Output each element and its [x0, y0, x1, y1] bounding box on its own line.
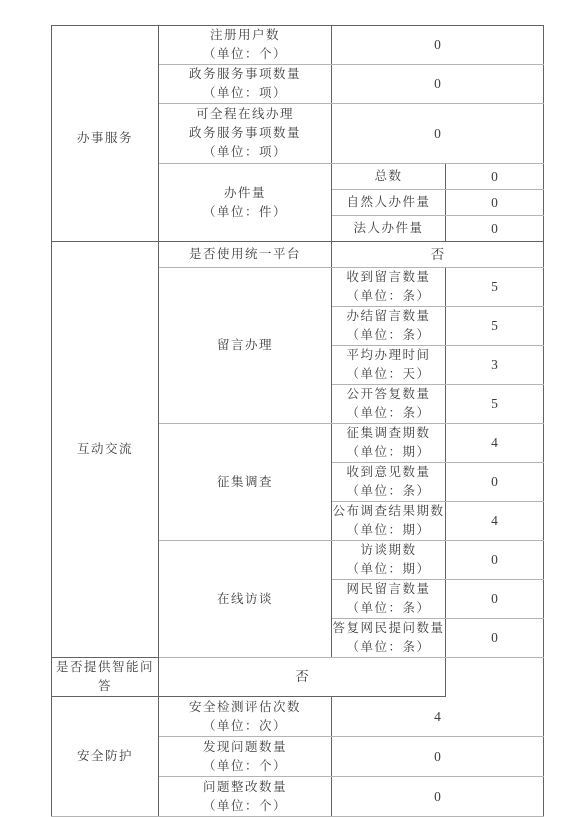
- submetric-value-cell: 0: [446, 216, 544, 242]
- submetric-value: 0: [446, 168, 543, 186]
- metric-value-cell: 否: [332, 242, 544, 268]
- submetric-label-line: 网民留言数量: [332, 580, 445, 599]
- submetric-label-cell: 总数: [332, 164, 446, 190]
- submetric-label-line: 访谈期数: [332, 541, 445, 560]
- category-cell-anquan-fanghu: 安全防护: [52, 697, 159, 813]
- metric-label-cell: 政务服务事项数量 （单位：项）: [159, 65, 332, 104]
- submetric-unit-line: （单位：天）: [332, 365, 445, 384]
- submetric-value-cell: 4: [446, 424, 544, 463]
- submetric-unit-line: （单位：条）: [332, 404, 445, 423]
- submetric-unit-line: （单位：期）: [332, 443, 445, 462]
- metric-group-label-cell: 留言办理: [159, 268, 332, 424]
- metric-label-line: 政务服务事项数量: [159, 65, 331, 84]
- metric-label-line: 是否使用统一平台: [159, 245, 331, 264]
- submetric-label-line: 收到留言数量: [332, 268, 445, 287]
- submetric-value: 5: [446, 395, 543, 413]
- submetric-unit-line: （单位：条）: [332, 326, 445, 345]
- submetric-label-line: 答复网民提问数量: [332, 619, 445, 638]
- submetric-label-cell: 收到留言数量 （单位：条）: [332, 268, 446, 307]
- submetric-label-cell: 自然人办件量: [332, 190, 446, 216]
- metric-value-cell: 0: [332, 737, 544, 777]
- metric-value-cell: 0: [332, 26, 544, 65]
- metric-label-cell: 发现问题数量 （单位：个）: [159, 737, 332, 777]
- submetric-value: 0: [446, 629, 543, 647]
- category-cell-banshi-fuwu: 办事服务: [52, 26, 159, 242]
- submetric-value: 3: [446, 356, 543, 374]
- metric-unit-line: （单位：项）: [159, 84, 331, 103]
- submetric-label-line: 法人办件量: [332, 219, 445, 238]
- submetric-label-cell: 平均办理时间 （单位：天）: [332, 346, 446, 385]
- category-label: 安全防护: [52, 747, 158, 766]
- metric-label-line: 是否提供智能问答: [52, 658, 158, 696]
- report-table: 办事服务 注册用户数 （单位：个） 0 政务服务事项数量 （单位：项） 0: [51, 25, 544, 812]
- table-row: 办事服务 注册用户数 （单位：个） 0: [52, 26, 544, 65]
- metric-value-cell: 4: [332, 697, 544, 737]
- metric-value: 0: [332, 125, 543, 143]
- submetric-value: 0: [446, 220, 543, 238]
- metric-unit-line: （单位：个）: [159, 45, 331, 64]
- metric-label-line: 办件量: [159, 184, 331, 203]
- metric-label-line: 在线访谈: [159, 590, 331, 609]
- submetric-label-cell: 公开答复数量 （单位：条）: [332, 385, 446, 424]
- submetric-value: 5: [446, 278, 543, 296]
- submetric-unit-line: （单位：期）: [332, 560, 445, 579]
- metric-value: 0: [332, 788, 543, 806]
- table-row: 安全防护 安全检测评估次数 （单位：次） 4: [52, 697, 544, 737]
- metric-value: 否: [159, 668, 445, 686]
- metric-label-line: 注册用户数: [159, 26, 331, 45]
- submetric-value: 0: [446, 551, 543, 569]
- metric-group-label-cell: 在线访谈: [159, 541, 332, 658]
- submetric-value-cell: 0: [446, 541, 544, 580]
- submetric-value: 0: [446, 194, 543, 212]
- submetric-unit-line: （单位：条）: [332, 482, 445, 501]
- submetric-label-line: 公开答复数量: [332, 385, 445, 404]
- submetric-label-cell: 答复网民提问数量 （单位：条）: [332, 619, 446, 658]
- metric-label-line: 征集调查: [159, 473, 331, 492]
- submetric-value-cell: 5: [446, 307, 544, 346]
- metric-unit-line: （单位：次）: [159, 717, 331, 736]
- metric-value-cell: 0: [332, 777, 544, 813]
- submetric-unit-line: （单位：条）: [332, 287, 445, 306]
- submetric-unit-line: （单位：期）: [332, 521, 445, 540]
- submetric-label-line: 办结留言数量: [332, 307, 445, 326]
- submetric-value-cell: 0: [446, 164, 544, 190]
- submetric-value-cell: 5: [446, 268, 544, 307]
- table-row: 是否提供智能问答 否: [52, 658, 544, 697]
- submetric-value-cell: 0: [446, 580, 544, 619]
- category-cell-hudong-jiaoliu: 互动交流: [52, 242, 159, 658]
- metric-label-cell: 可全程在线办理 政务服务事项数量 （单位：项）: [159, 104, 332, 164]
- submetric-label-line: 公布调查结果期数: [332, 502, 445, 521]
- submetric-value: 4: [446, 512, 543, 530]
- metric-label-cell: 安全检测评估次数 （单位：次）: [159, 697, 332, 737]
- submetric-value: 0: [446, 473, 543, 491]
- metric-value-cell: 0: [332, 65, 544, 104]
- metric-label-cell: 是否提供智能问答: [52, 658, 159, 697]
- metric-value: 4: [332, 708, 543, 726]
- submetric-label-cell: 访谈期数 （单位：期）: [332, 541, 446, 580]
- submetric-label-cell: 征集调查期数 （单位：期）: [332, 424, 446, 463]
- submetric-label-line: 征集调查期数: [332, 424, 445, 443]
- metric-label-line: 安全检测评估次数: [159, 698, 331, 717]
- metric-group-label-cell: 征集调查: [159, 424, 332, 541]
- table-row: 互动交流 是否使用统一平台 否: [52, 242, 544, 268]
- metric-value-cell: 否: [159, 658, 446, 697]
- metric-label-cell: 是否使用统一平台: [159, 242, 332, 268]
- submetric-value-cell: 5: [446, 385, 544, 424]
- metric-value: 0: [332, 748, 543, 766]
- submetric-label-line: 收到意见数量: [332, 463, 445, 482]
- submetric-unit-line: （单位：条）: [332, 599, 445, 618]
- submetric-value: 5: [446, 317, 543, 335]
- submetric-label-cell: 公布调查结果期数 （单位：期）: [332, 502, 446, 541]
- report-table-container: 办事服务 注册用户数 （单位：个） 0 政务服务事项数量 （单位：项） 0: [51, 25, 544, 812]
- metric-value: 否: [332, 246, 543, 264]
- submetric-label-line: 自然人办件量: [332, 193, 445, 212]
- metric-group-label-cell: 办件量 （单位：件）: [159, 164, 332, 242]
- submetric-value-cell: 0: [446, 619, 544, 658]
- category-label: 办事服务: [52, 120, 158, 148]
- submetric-value-cell: 3: [446, 346, 544, 385]
- submetric-label-cell: 网民留言数量 （单位：条）: [332, 580, 446, 619]
- metric-value: 0: [332, 75, 543, 93]
- submetric-value: 0: [446, 590, 543, 608]
- submetric-label-cell: 办结留言数量 （单位：条）: [332, 307, 446, 346]
- metric-label-line: 政务服务事项数量: [159, 124, 331, 143]
- category-label: 互动交流: [52, 440, 158, 459]
- metric-value-cell: 0: [332, 104, 544, 164]
- metric-label-cell: 问题整改数量 （单位：个）: [159, 777, 332, 813]
- metric-unit-line: （单位：个）: [159, 757, 331, 776]
- submetric-value-cell: 0: [446, 463, 544, 502]
- metric-label-line: 可全程在线办理: [159, 105, 331, 124]
- metric-label-line: 留言办理: [159, 336, 331, 355]
- submetric-label-line: 平均办理时间: [332, 346, 445, 365]
- metric-unit-line: （单位：个）: [159, 797, 331, 813]
- metric-unit-line: （单位：项）: [159, 143, 331, 162]
- submetric-label-cell: 收到意见数量 （单位：条）: [332, 463, 446, 502]
- metric-label-cell: 注册用户数 （单位：个）: [159, 26, 332, 65]
- submetric-value-cell: 4: [446, 502, 544, 541]
- metric-unit-line: （单位：件）: [159, 203, 331, 222]
- submetric-unit-line: （单位：条）: [332, 638, 445, 657]
- metric-label-line: 发现问题数量: [159, 738, 331, 757]
- metric-label-line: 问题整改数量: [159, 778, 331, 797]
- submetric-value-cell: 0: [446, 190, 544, 216]
- submetric-value: 4: [446, 434, 543, 452]
- submetric-label-line: 总数: [332, 167, 445, 186]
- metric-value: 0: [332, 36, 543, 54]
- submetric-label-cell: 法人办件量: [332, 216, 446, 242]
